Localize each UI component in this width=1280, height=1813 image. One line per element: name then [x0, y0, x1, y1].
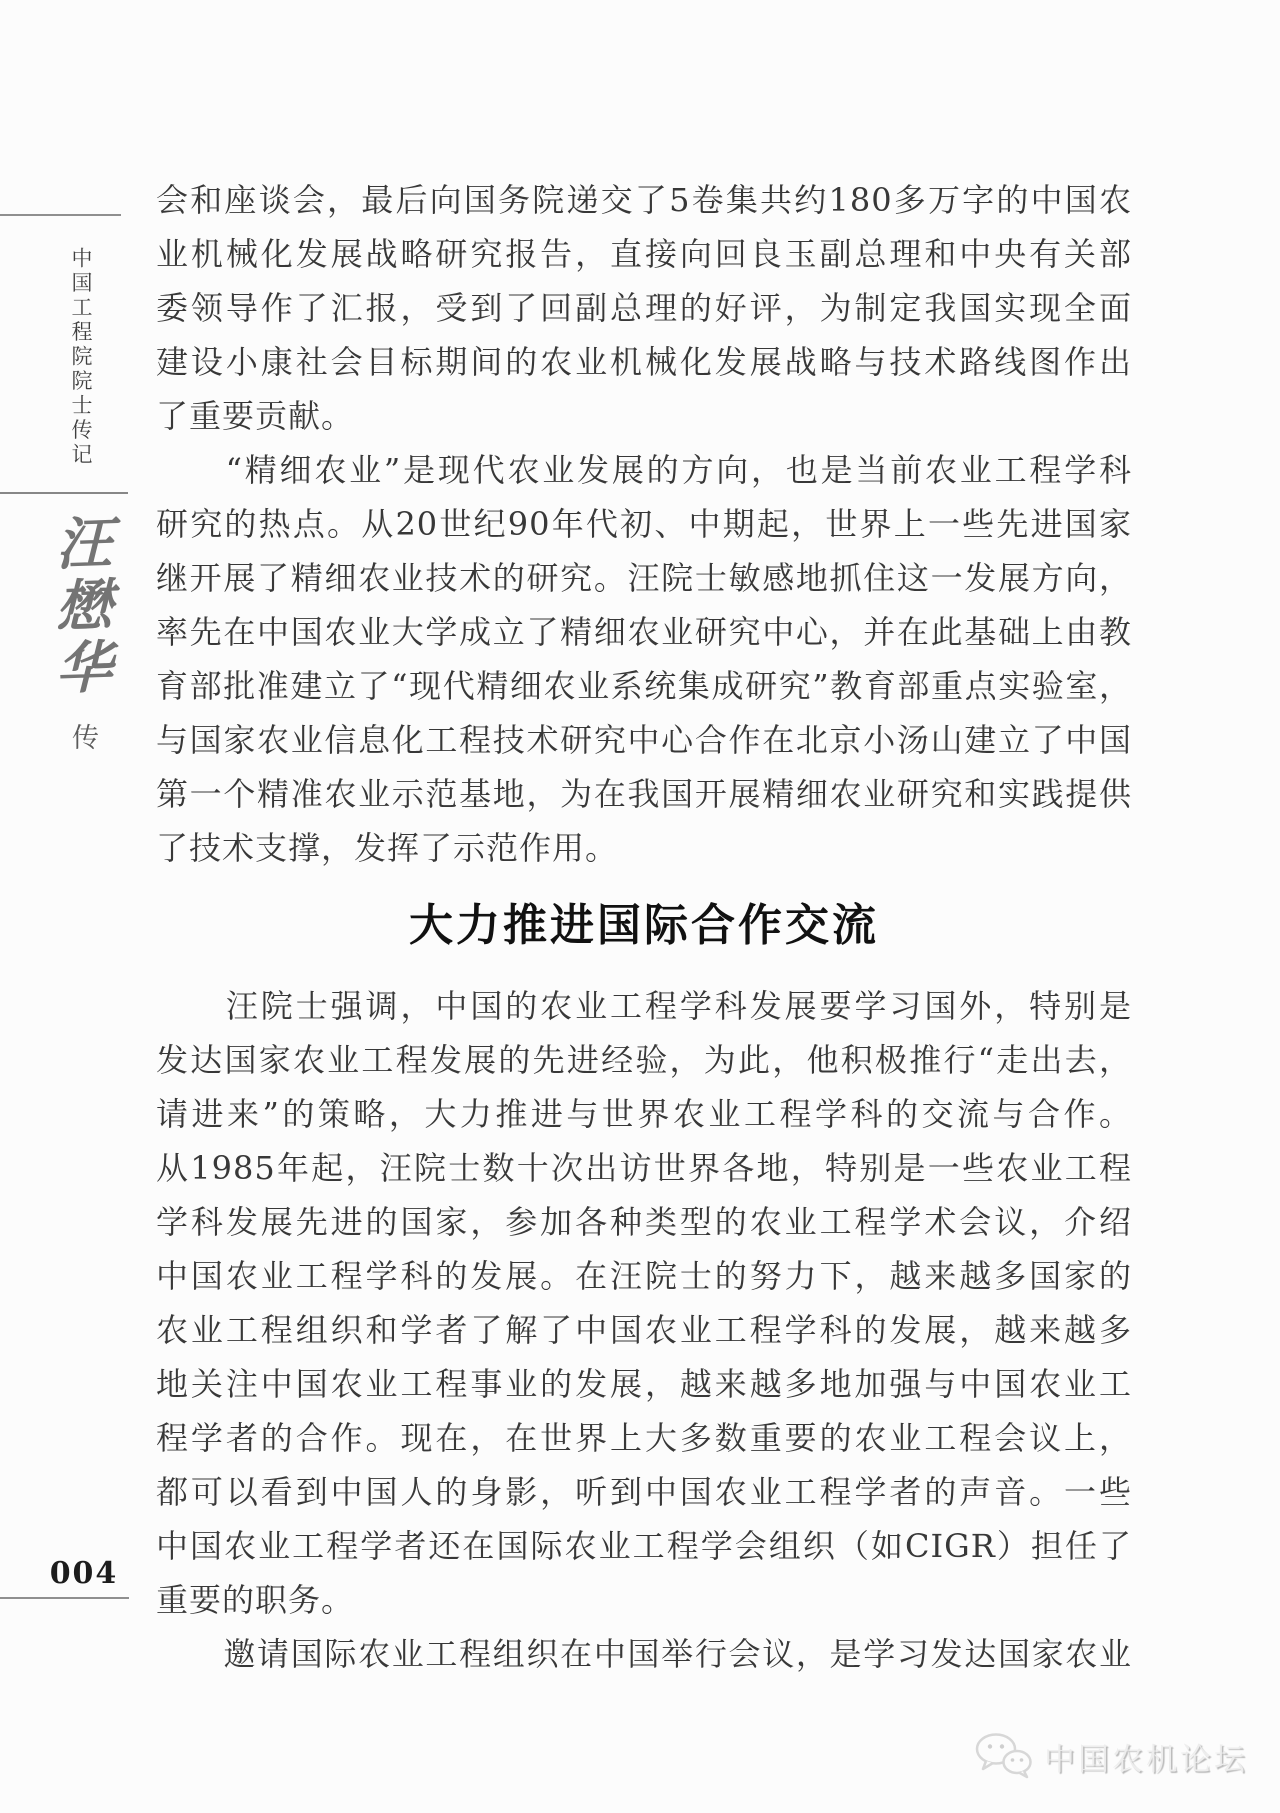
- paragraph: 邀请国际农业工程组织在中国举行会议，是学习发达国家农业: [156, 1627, 1132, 1681]
- sidebar-middle-rule: [0, 492, 128, 494]
- paragraph: 会和座谈会，最后向国务院递交了5卷集共约180多万字的中国农业机械化发展战略研究…: [156, 173, 1132, 443]
- paragraph: 汪院士强调，中国的农业工程学科发展要学习国外，特别是发达国家农业工程发展的先进经…: [156, 979, 1132, 1627]
- text-line: 程学者的合作。现在，在世界上大多数重要的农业工程会议上，: [156, 1411, 1132, 1465]
- text-line: 重要的职务。: [156, 1573, 1132, 1627]
- text-line: 了技术支撑，发挥了示范作用。: [156, 821, 1132, 875]
- text-line: 育部批准建立了“现代精细农业系统集成研究”教育部重点实验室，: [156, 659, 1132, 713]
- text-line: 率先在中国农业大学成立了精细农业研究中心，并在此基础上由教: [156, 605, 1132, 659]
- watermark: 中国农机论坛: [974, 1732, 1248, 1780]
- text-line: 中国农业工程学科的发展。在汪院士的努力下，越来越多国家的: [156, 1249, 1132, 1303]
- book-title-suffix: 传: [72, 716, 99, 755]
- book-title-calligraphy: 汪懋华: [48, 513, 112, 701]
- paragraph: “精细农业”是现代农业发展的方向，也是当前农业工程学科研究的热点。从20世纪90…: [156, 443, 1132, 875]
- text-line: 业机械化发展战略研究报告，直接向回良玉副总理和中央有关部: [156, 227, 1132, 281]
- page-number-rule: [0, 1597, 129, 1599]
- sidebar-top-rule: [0, 214, 121, 216]
- text-line: 地关注中国农业工程事业的发展，越来越多地加强与中国农业工: [156, 1357, 1132, 1411]
- text-line: 从1985年起，汪院士数十次出访世界各地，特别是一些农业工程: [156, 1141, 1132, 1195]
- book-page: 中国工程院院士传记 汪懋华 传 004 会和座谈会，最后向国务院递交了5卷集共约…: [0, 0, 1280, 1813]
- text-line: “精细农业”是现代农业发展的方向，也是当前农业工程学科: [156, 443, 1132, 497]
- text-line: 发达国家农业工程发展的先进经验，为此，他积极推行“走出去，: [156, 1033, 1132, 1087]
- text-line: 委领导作了汇报，受到了回副总理的好评，为制定我国实现全面: [156, 281, 1132, 335]
- text-line: 学科发展先进的国家，参加各种类型的农业工程学术会议，介绍: [156, 1195, 1132, 1249]
- page-number: 004: [38, 1556, 130, 1591]
- text-line: 与国家农业信息化工程技术研究中心合作在北京小汤山建立了中国: [156, 713, 1132, 767]
- text-line: 了重要贡献。: [156, 389, 1132, 443]
- text-line: 农业工程组织和学者了解了中国农业工程学科的发展，越来越多: [156, 1303, 1132, 1357]
- text-line: 继开展了精细农业技术的研究。汪院士敏感地抓住这一发展方向，: [156, 551, 1132, 605]
- text-line: 第一个精准农业示范基地，为在我国开展精细农业研究和实践提供: [156, 767, 1132, 821]
- text-line: 中国农业工程学者还在国际农业工程学会组织（如CIGR）担任了: [156, 1519, 1132, 1573]
- series-title: 中国工程院院士传记: [66, 247, 96, 468]
- text-line: 会和座谈会，最后向国务院递交了5卷集共约180多万字的中国农: [156, 173, 1132, 227]
- watermark-label: 中国农机论坛: [1044, 1734, 1248, 1779]
- text-line: 汪院士强调，中国的农业工程学科发展要学习国外，特别是: [156, 979, 1132, 1033]
- text-line: 邀请国际农业工程组织在中国举行会议，是学习发达国家农业: [156, 1627, 1132, 1681]
- section-heading: 大力推进国际合作交流: [156, 895, 1132, 957]
- content-column: 会和座谈会，最后向国务院递交了5卷集共约180多万字的中国农业机械化发展战略研究…: [156, 173, 1132, 1681]
- text-line: 研究的热点。从20世纪90年代初、中期起，世界上一些先进国家相: [156, 497, 1132, 551]
- text-line: 请进来”的策略，大力推进与世界农业工程学科的交流与合作。: [156, 1087, 1132, 1141]
- text-line: 建设小康社会目标期间的农业机械化发展战略与技术路线图作出: [156, 335, 1132, 389]
- text-line: 都可以看到中国人的身影，听到中国农业工程学者的声音。一些: [156, 1465, 1132, 1519]
- wechat-icon: [974, 1732, 1034, 1780]
